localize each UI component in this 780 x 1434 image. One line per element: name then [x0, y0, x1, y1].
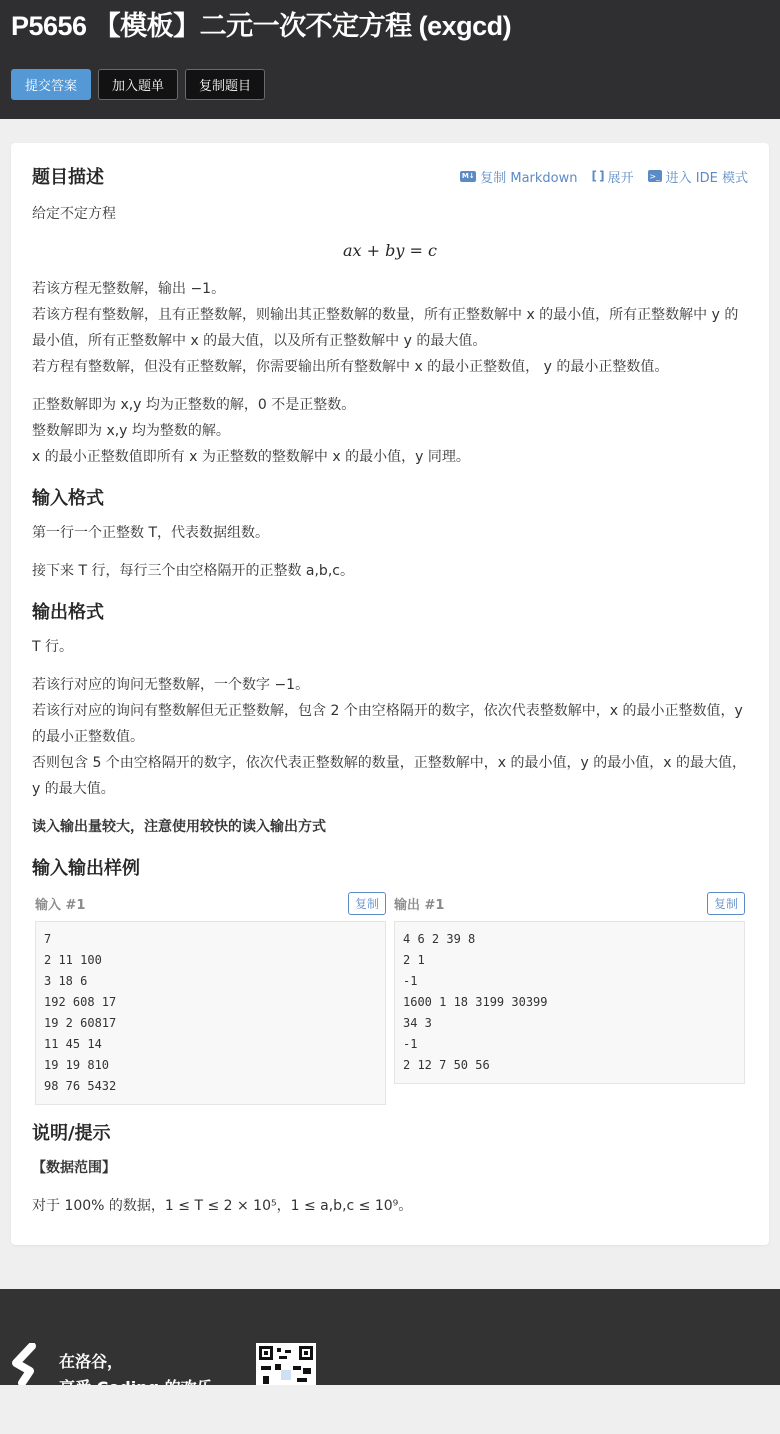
- problem-card: 题目描述 M↓ 复制 Markdown [ ] 展开 >_ 进入 IDE 模式 …: [11, 143, 769, 1245]
- hint-title: 说明/提示: [32, 1119, 748, 1145]
- copy-markdown-button[interactable]: M↓ 复制 Markdown: [460, 167, 577, 186]
- output-format-p3: 若该行对应的询问有整数解但无正整数解，包含 2 个由空格隔开的数字，依次代表整数…: [32, 698, 748, 750]
- description-header: 题目描述 M↓ 复制 Markdown [ ] 展开 >_ 进入 IDE 模式: [32, 163, 748, 189]
- terminal-icon: >_: [648, 170, 662, 182]
- description-intro: 给定不定方程: [32, 201, 748, 227]
- hint-section: 说明/提示 【数据范围】 对于 100% 的数据，1 ≤ T ≤ 2 × 10⁵…: [32, 1119, 748, 1219]
- input-format-section: 输入格式 第一行一个正整数 T，代表数据组数。 接下来 T 行，每行三个由空格隔…: [32, 484, 748, 584]
- sample-input: 输入 #1 复制 7 2 11 100 3 18 6 192 608 17 19…: [35, 890, 386, 1105]
- description-p3: 若方程有整数解，但没有正整数解，你需要输出所有整数解中 x 的最小正整数值， y…: [32, 354, 748, 380]
- sample-input-header: 输入 #1 复制: [35, 890, 386, 916]
- qr-code: [256, 1343, 316, 1385]
- input-format-p2: 接下来 T 行，每行三个由空格隔开的正整数 a,b,c。: [32, 558, 748, 584]
- hint-range-text: 对于 100% 的数据，1 ≤ T ≤ 2 × 10⁵，1 ≤ a,b,c ≤ …: [32, 1193, 748, 1219]
- output-format-p2: 若该行对应的询问无整数解，一个数字 −1。: [32, 672, 748, 698]
- problem-title: P5656 【模板】二元一次不定方程 (exgcd): [11, 8, 769, 44]
- description-p2: 若该方程有整数解，且有正整数解，则输出其正整数解的数量，所有正整数解中 x 的最…: [32, 302, 748, 354]
- hint-range-title: 【数据范围】: [32, 1155, 748, 1181]
- output-format-p4: 否则包含 5 个由空格隔开的数字，依次代表正整数解的数量，正整数解中，x 的最小…: [32, 750, 748, 802]
- expand-button[interactable]: [ ] 展开: [592, 167, 634, 186]
- ide-mode-label: 进入 IDE 模式: [666, 167, 748, 186]
- submit-answer-button[interactable]: 提交答案: [11, 69, 91, 100]
- sample-input-content: 7 2 11 100 3 18 6 192 608 17 19 2 60817 …: [35, 921, 386, 1105]
- description-p5: 整数解即为 x,y 均为整数的解。: [32, 418, 748, 444]
- description-p1: 若该方程无整数解，输出 −1。: [32, 276, 748, 302]
- ide-mode-button[interactable]: >_ 进入 IDE 模式: [648, 167, 748, 186]
- copy-problem-button[interactable]: 复制题目: [185, 69, 265, 100]
- copy-output-button[interactable]: 复制: [707, 892, 745, 915]
- output-format-section: 输出格式 T 行。 若该行对应的询问无整数解，一个数字 −1。 若该行对应的询问…: [32, 598, 748, 840]
- expand-icon: [ ]: [592, 169, 604, 183]
- output-format-p1: T 行。: [32, 634, 748, 660]
- sample-output: 输出 #1 复制 4 6 2 39 8 2 1 -1 1600 1 18 319…: [394, 890, 745, 1105]
- samples-title: 输入输出样例: [32, 854, 748, 880]
- sample-input-label: 输入 #1: [35, 894, 85, 913]
- description-p4: 正整数解即为 x,y 均为正整数的解，0 不是正整数。: [32, 392, 748, 418]
- samples-grid: 输入 #1 复制 7 2 11 100 3 18 6 192 608 17 19…: [32, 890, 748, 1105]
- samples-section: 输入输出样例 输入 #1 复制 7 2 11 100 3 18 6 192 60…: [32, 854, 748, 1105]
- toolbar: M↓ 复制 Markdown [ ] 展开 >_ 进入 IDE 模式: [460, 167, 748, 186]
- footer: 在洛谷， 享受 Coding 的欢乐: [0, 1289, 780, 1385]
- description-title: 题目描述: [32, 163, 104, 189]
- qr-code-icon: [259, 1346, 313, 1385]
- header-actions: 提交答案 加入题单 复制题目: [11, 69, 769, 100]
- luogu-logo-icon: [10, 1343, 48, 1385]
- markdown-icon: M↓: [460, 171, 476, 182]
- equation: ax + by = c: [32, 241, 748, 260]
- output-format-note: 读入输出量较大，注意使用较快的读入输出方式: [32, 814, 748, 840]
- copy-markdown-label: 复制 Markdown: [480, 167, 577, 186]
- footer-tagline-line2: 享受 Coding 的欢乐: [59, 1375, 213, 1385]
- footer-tagline-line1: 在洛谷，: [59, 1349, 213, 1375]
- expand-label: 展开: [608, 167, 634, 186]
- description-p6: x 的最小正整数值即所有 x 为正整数的整数解中 x 的最小值，y 同理。: [32, 444, 748, 470]
- sample-output-label: 输出 #1: [394, 894, 444, 913]
- input-format-p1: 第一行一个正整数 T，代表数据组数。: [32, 520, 748, 546]
- sample-output-content: 4 6 2 39 8 2 1 -1 1600 1 18 3199 30399 3…: [394, 921, 745, 1084]
- input-format-title: 输入格式: [32, 484, 748, 510]
- copy-input-button[interactable]: 复制: [348, 892, 386, 915]
- sample-output-header: 输出 #1 复制: [394, 890, 745, 916]
- footer-tagline: 在洛谷， 享受 Coding 的欢乐: [59, 1349, 213, 1385]
- problem-header: P5656 【模板】二元一次不定方程 (exgcd) 提交答案 加入题单 复制题…: [0, 0, 780, 119]
- output-format-title: 输出格式: [32, 598, 748, 624]
- add-to-list-button[interactable]: 加入题单: [98, 69, 178, 100]
